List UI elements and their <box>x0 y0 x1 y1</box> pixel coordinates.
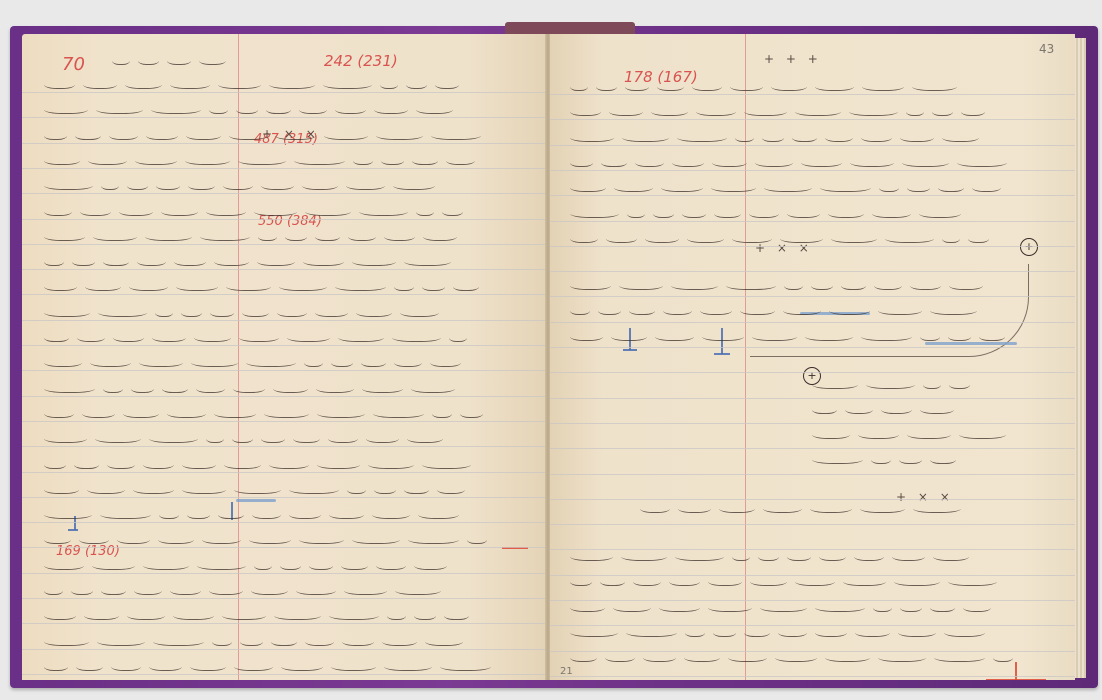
ink-stroke <box>892 550 925 561</box>
ink-stroke <box>299 103 327 114</box>
ink-stroke <box>968 232 989 243</box>
ink-stroke <box>44 230 85 241</box>
left-page: 70 242 (231) 487 (315) 550 (384) 169 (13… <box>22 34 546 680</box>
handwritten-line: [indented insertion line 2] <box>812 399 1032 421</box>
ink-stroke <box>353 154 373 165</box>
ink-stroke <box>279 280 327 291</box>
ink-stroke <box>735 131 754 142</box>
ink-stroke <box>570 575 592 586</box>
ink-stroke <box>961 105 985 116</box>
ink-stroke <box>239 331 279 342</box>
ink-stroke <box>784 279 803 290</box>
ink-stroke <box>907 181 930 192</box>
ink-stroke <box>374 103 408 114</box>
ink-stroke <box>605 651 635 662</box>
ink-stroke <box>708 575 742 586</box>
handwritten-line: [handwritten line 24] <box>44 656 522 678</box>
ink-stroke <box>393 179 435 190</box>
ink-stroke <box>920 403 954 414</box>
ink-stroke <box>878 304 922 315</box>
ink-stroke <box>249 533 291 544</box>
ink-stroke <box>942 131 979 142</box>
ink-stroke <box>261 179 294 190</box>
ink-stroke <box>930 601 955 612</box>
ink-stroke <box>872 207 911 218</box>
ink-stroke <box>146 129 178 140</box>
ink-stroke <box>309 559 333 570</box>
red-folio-number: 242 (231) <box>324 52 398 70</box>
ink-stroke <box>186 129 221 140</box>
ink-stroke <box>74 458 99 469</box>
ink-stroke <box>633 575 661 586</box>
ink-stroke <box>44 660 68 671</box>
ink-stroke <box>919 207 961 218</box>
ink-stroke <box>85 280 121 291</box>
ink-stroke <box>138 54 159 65</box>
ink-stroke <box>271 635 297 646</box>
handwritten-line: [handwritten line – heading annotation] <box>112 50 312 72</box>
ink-stroke <box>264 407 309 418</box>
ink-stroke <box>815 601 865 612</box>
ink-stroke <box>302 179 338 190</box>
ink-stroke <box>713 626 736 637</box>
ink-stroke <box>233 382 265 393</box>
ink-stroke <box>223 179 253 190</box>
ink-stroke <box>408 533 459 544</box>
ink-stroke <box>210 306 234 317</box>
ink-stroke <box>841 279 866 290</box>
ink-stroke <box>749 207 779 218</box>
ink-stroke <box>197 559 246 570</box>
ink-stroke <box>815 626 847 637</box>
ink-stroke <box>570 181 606 192</box>
ink-stroke <box>187 508 210 519</box>
ink-stroke <box>335 103 366 114</box>
ink-stroke <box>795 575 835 586</box>
ink-stroke <box>596 80 617 91</box>
ink-stroke <box>145 230 192 241</box>
ink-stroke <box>613 601 651 612</box>
ink-stroke <box>570 651 597 662</box>
ink-stroke <box>570 156 593 167</box>
ink-stroke <box>907 428 951 439</box>
ink-stroke <box>167 407 206 418</box>
ink-stroke <box>416 103 453 114</box>
ink-stroke <box>162 382 188 393</box>
ink-stroke <box>425 635 463 646</box>
ink-stroke <box>783 304 821 315</box>
ink-stroke <box>103 382 123 393</box>
ink-stroke <box>335 280 386 291</box>
ink-stroke <box>629 304 655 315</box>
ink-stroke <box>372 508 410 519</box>
ink-stroke <box>139 356 183 367</box>
ink-stroke <box>324 129 368 140</box>
ink-stroke <box>293 432 320 443</box>
ink-stroke <box>663 304 692 315</box>
ink-stroke <box>84 609 119 620</box>
ink-stroke <box>780 232 823 243</box>
ink-stroke <box>570 279 611 290</box>
ink-stroke <box>206 205 246 216</box>
ink-stroke <box>218 78 261 89</box>
ink-stroke <box>570 207 619 218</box>
ink-stroke <box>123 407 159 418</box>
ink-stroke <box>828 207 864 218</box>
ink-stroke <box>185 154 230 165</box>
ink-stroke <box>418 508 459 519</box>
ink-stroke <box>346 179 385 190</box>
ink-stroke <box>812 428 850 439</box>
ink-stroke <box>861 131 892 142</box>
ink-stroke <box>135 154 177 165</box>
ink-stroke <box>382 635 417 646</box>
ink-stroke <box>44 306 90 317</box>
ink-stroke <box>404 483 429 494</box>
ink-stroke <box>778 626 807 637</box>
ink-stroke <box>133 483 174 494</box>
ink-stroke <box>294 154 345 165</box>
ink-stroke <box>188 179 215 190</box>
handwritten-line: [handwritten line 20] <box>44 555 522 577</box>
ink-stroke <box>331 660 376 671</box>
ink-stroke <box>109 129 138 140</box>
ink-stroke <box>831 232 877 243</box>
ink-stroke <box>640 502 670 513</box>
ink-stroke <box>232 432 253 443</box>
ink-stroke <box>672 156 704 167</box>
ink-stroke <box>182 458 216 469</box>
ink-stroke <box>758 550 779 561</box>
ink-stroke <box>315 306 348 317</box>
ink-stroke <box>570 105 601 116</box>
ink-stroke <box>902 156 949 167</box>
ink-stroke <box>155 306 173 317</box>
ink-stroke <box>238 154 286 165</box>
ink-stroke <box>812 403 837 414</box>
ink-stroke <box>979 330 1005 341</box>
ink-stroke <box>151 103 201 114</box>
handwritten-line: [handwritten line 8] <box>44 251 522 273</box>
ink-stroke <box>222 609 266 620</box>
ink-stroke <box>44 179 93 190</box>
ink-stroke <box>435 78 459 89</box>
ink-stroke <box>328 432 358 443</box>
ink-stroke <box>281 660 323 671</box>
handwritten-line: [handwritten line 10] <box>570 326 1035 348</box>
handwritten-line: [handwritten line 8 – with blue underlin… <box>570 275 1035 297</box>
ink-stroke <box>406 78 427 89</box>
ink-stroke <box>269 78 315 89</box>
ink-stroke <box>829 304 870 315</box>
ink-stroke <box>174 255 206 266</box>
ink-stroke <box>444 609 469 620</box>
ink-stroke <box>655 330 694 341</box>
ink-stroke <box>44 508 92 519</box>
ink-stroke <box>296 584 336 595</box>
handwritten-line: [handwritten line 19 – ends with red mar… <box>570 647 1035 669</box>
handwritten-line: [handwritten line 2] <box>44 99 522 121</box>
handwritten-line: [handwritten line 12] <box>44 352 522 374</box>
handwritten-line: [handwritten line 13] <box>44 378 522 400</box>
ink-stroke <box>137 255 166 266</box>
ink-stroke <box>682 207 706 218</box>
ink-stroke <box>431 129 481 140</box>
ink-stroke <box>659 601 700 612</box>
ink-stroke <box>182 483 226 494</box>
ink-stroke <box>881 403 912 414</box>
ink-stroke <box>635 156 664 167</box>
ink-stroke <box>111 660 141 671</box>
ink-stroke <box>96 103 143 114</box>
ink-stroke <box>601 156 627 167</box>
ink-stroke <box>728 651 767 662</box>
handwritten-line: [handwritten line 4] <box>44 150 522 172</box>
ink-stroke <box>323 78 372 89</box>
ink-stroke <box>692 80 722 91</box>
ink-stroke <box>125 78 162 89</box>
ink-stroke <box>44 407 74 418</box>
ink-stroke <box>362 382 403 393</box>
ink-stroke <box>240 635 263 646</box>
ink-stroke <box>412 154 438 165</box>
ink-stroke <box>236 103 258 114</box>
ink-stroke <box>352 255 396 266</box>
ink-stroke <box>76 660 103 671</box>
ink-stroke <box>209 103 228 114</box>
ink-stroke <box>92 559 135 570</box>
ink-stroke <box>170 78 210 89</box>
ruled-line <box>550 271 1075 272</box>
ink-stroke <box>234 660 273 671</box>
ink-stroke <box>266 103 291 114</box>
ink-stroke <box>855 626 890 637</box>
ink-stroke <box>387 609 406 620</box>
ink-stroke <box>942 232 960 243</box>
handwritten-line: [handwritten line 6] <box>44 201 522 223</box>
ink-stroke <box>812 453 863 464</box>
ink-stroke <box>376 559 406 570</box>
ink-stroke <box>732 550 750 561</box>
ink-stroke <box>792 131 817 142</box>
ink-stroke <box>437 483 465 494</box>
ink-stroke <box>442 205 463 216</box>
ink-stroke <box>374 483 396 494</box>
ink-stroke <box>75 129 101 140</box>
ink-stroke <box>407 432 443 443</box>
ink-stroke <box>651 105 688 116</box>
ink-stroke <box>570 330 603 341</box>
handwritten-line: [handwritten line 2] <box>570 101 1035 123</box>
ink-stroke <box>252 508 281 519</box>
ink-stroke <box>787 207 820 218</box>
ink-stroke <box>194 331 231 342</box>
ink-stroke <box>381 154 404 165</box>
handwritten-line: [handwritten line 15] <box>570 546 1035 568</box>
ink-stroke <box>570 131 614 142</box>
ink-stroke <box>317 458 360 469</box>
handwritten-line: [indented insertion line 1] <box>812 374 1032 396</box>
ink-stroke <box>625 80 649 91</box>
ink-stroke <box>600 575 625 586</box>
ink-stroke <box>675 550 724 561</box>
ink-stroke <box>873 601 892 612</box>
ink-stroke <box>342 635 374 646</box>
ink-stroke <box>944 626 985 637</box>
ink-stroke <box>77 331 105 342</box>
ink-stroke <box>957 156 1007 167</box>
handwritten-line: [handwritten line 19] <box>44 529 522 551</box>
ink-stroke <box>107 458 135 469</box>
ink-stroke <box>352 533 400 544</box>
ink-stroke <box>661 181 703 192</box>
ink-stroke <box>373 407 424 418</box>
handwritten-line: [handwritten line 15] <box>44 428 522 450</box>
ink-stroke <box>277 306 307 317</box>
handwritten-line: [handwritten line 17] <box>570 597 1035 619</box>
ink-stroke <box>849 105 898 116</box>
ruled-line <box>550 676 1075 677</box>
ink-stroke <box>254 205 297 216</box>
ink-stroke <box>303 255 344 266</box>
ink-stroke <box>316 382 354 393</box>
ink-stroke <box>719 502 755 513</box>
ink-stroke <box>696 105 736 116</box>
ink-stroke <box>200 230 250 241</box>
ink-stroke <box>920 330 940 341</box>
ink-stroke <box>71 584 93 595</box>
ink-stroke <box>44 255 64 266</box>
ink-stroke <box>242 306 269 317</box>
ink-stroke <box>368 458 414 469</box>
ink-stroke <box>72 255 95 266</box>
ink-stroke <box>622 131 669 142</box>
ink-stroke <box>740 304 775 315</box>
ink-stroke <box>671 279 718 290</box>
ink-stroke <box>181 306 202 317</box>
ink-stroke <box>44 103 88 114</box>
blue-pencil-mark <box>714 353 730 355</box>
ink-stroke <box>763 502 802 513</box>
ink-stroke <box>685 626 705 637</box>
ink-stroke <box>894 575 940 586</box>
handwritten-line: [handwritten line 1] <box>44 74 522 96</box>
ink-stroke <box>948 575 997 586</box>
ink-stroke <box>261 432 285 443</box>
ink-stroke <box>805 330 853 341</box>
ink-stroke <box>810 502 852 513</box>
section-separator: + + + <box>764 52 822 66</box>
ink-stroke <box>820 181 871 192</box>
handwritten-line: [handwritten line 18] <box>44 504 522 526</box>
ink-stroke <box>430 356 461 367</box>
ink-stroke <box>44 432 87 443</box>
ink-stroke <box>422 280 445 291</box>
ink-stroke <box>79 533 109 544</box>
ink-stroke <box>762 131 784 142</box>
ink-stroke <box>117 533 150 544</box>
ink-stroke <box>280 559 301 570</box>
ink-stroke <box>119 205 153 216</box>
ink-stroke <box>44 483 79 494</box>
handwritten-line: [handwritten line 23] <box>44 631 522 653</box>
ink-stroke <box>167 54 191 65</box>
ink-stroke <box>347 483 366 494</box>
ink-stroke <box>395 584 441 595</box>
ink-stroke <box>570 232 598 243</box>
ink-stroke <box>898 626 936 637</box>
ink-stroke <box>460 407 483 418</box>
ink-stroke <box>218 508 244 519</box>
ink-stroke <box>730 80 763 91</box>
ink-stroke <box>938 181 964 192</box>
ink-stroke <box>305 205 351 216</box>
ink-stroke <box>143 559 189 570</box>
ink-stroke <box>196 382 225 393</box>
ink-stroke <box>149 432 198 443</box>
handwritten-line: [handwritten line 21] <box>44 580 522 602</box>
ink-stroke <box>795 105 841 116</box>
ruled-line <box>550 524 1075 525</box>
ink-stroke <box>712 156 747 167</box>
ink-stroke <box>930 304 977 315</box>
ink-stroke <box>206 432 224 443</box>
ink-stroke <box>380 78 398 89</box>
ink-stroke <box>234 483 281 494</box>
ink-stroke <box>103 255 129 266</box>
ink-stroke <box>95 432 141 443</box>
ink-stroke <box>113 331 144 342</box>
ink-stroke <box>621 550 667 561</box>
ink-stroke <box>861 330 912 341</box>
ink-stroke <box>394 280 414 291</box>
ink-stroke <box>44 205 72 216</box>
ink-stroke <box>993 651 1013 662</box>
handwritten-line: [indented insertion line 4] <box>812 449 1032 471</box>
ink-stroke <box>899 453 922 464</box>
ink-stroke <box>708 601 752 612</box>
ink-stroke <box>411 382 455 393</box>
corner-mark: 70 <box>62 54 85 75</box>
ink-stroke <box>304 356 323 367</box>
ink-stroke <box>948 330 971 341</box>
page-number-top: 43 <box>1039 42 1054 56</box>
ink-stroke <box>609 105 643 116</box>
handwritten-line: [handwritten line 6] <box>570 203 1035 225</box>
handwritten-line: [handwritten line 7] <box>570 228 1035 250</box>
ink-stroke <box>959 428 1006 439</box>
ink-stroke <box>744 105 787 116</box>
ink-stroke <box>440 660 491 671</box>
ink-stroke <box>44 280 77 291</box>
ink-stroke <box>570 550 613 561</box>
ink-stroke <box>677 131 727 142</box>
ink-stroke <box>775 651 817 662</box>
handwritten-line: [handwritten line 16] <box>44 454 522 476</box>
ink-stroke <box>900 131 934 142</box>
ink-stroke <box>752 330 797 341</box>
handwritten-line: [handwritten line 5] <box>570 177 1035 199</box>
ink-stroke <box>446 154 475 165</box>
ink-stroke <box>687 232 724 243</box>
handwritten-line: [handwritten line 14] <box>44 403 522 425</box>
ink-stroke <box>315 230 340 241</box>
ink-stroke <box>127 179 148 190</box>
ink-stroke <box>199 54 226 65</box>
ink-stroke <box>226 280 271 291</box>
ink-stroke <box>275 129 316 140</box>
ink-stroke <box>771 80 807 91</box>
